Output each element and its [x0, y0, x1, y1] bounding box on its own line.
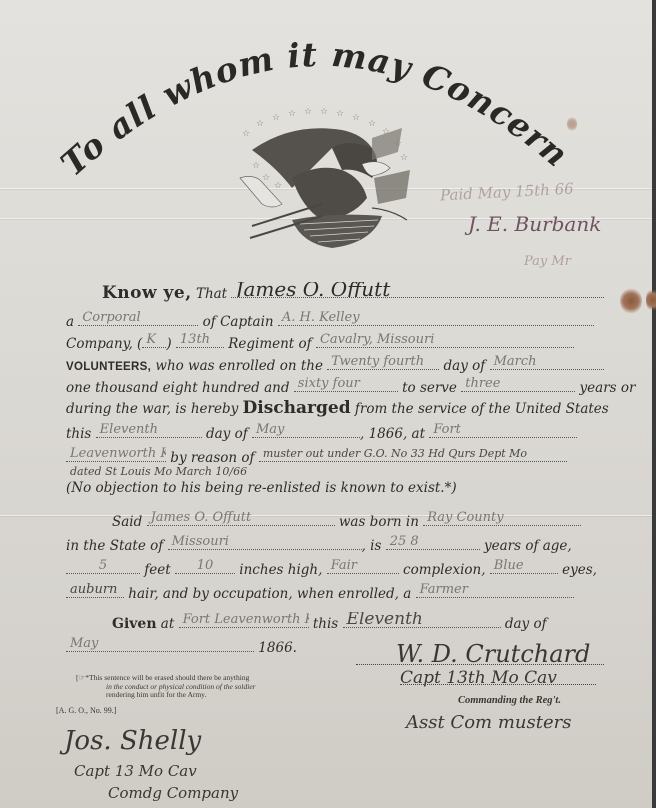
day-of-label-2: day of	[206, 426, 248, 442]
given-this-label: this	[313, 616, 338, 632]
regiment-name-field: Cavalry, Missouri	[316, 332, 574, 348]
regiment-number-field: 13th	[176, 332, 224, 348]
discharge-certificate: To all whom it may Concern: ☆☆☆ ☆☆☆ ☆☆☆ …	[0, 0, 656, 808]
hair-label: hair, and by occupation, when enrolled, …	[128, 586, 411, 602]
erasure-footnote: [☞*This sentence will be erased should t…	[76, 674, 256, 700]
birth-county-field: Ray County	[423, 510, 581, 526]
given-year-line: May 1866.	[66, 636, 297, 656]
given-place-field: Fort Leavenworth Ks	[179, 612, 309, 628]
know-ye-line: Know ye, That James O. Offutt	[102, 282, 604, 303]
company-label: Company, (	[66, 336, 142, 352]
stain-mark	[646, 288, 656, 312]
given-month-field: May	[66, 636, 254, 652]
footnote-line-1: *This sentence will be erased should the…	[85, 673, 249, 682]
discharge-place-field: Fort	[429, 422, 577, 438]
svg-text:☆: ☆	[256, 119, 264, 129]
company-commander-signature: Jos. Shelly	[64, 726, 201, 756]
year-prefix-label: one thousand eight hundred and	[66, 380, 290, 396]
paymaster-signature: J. E. Burbank	[468, 212, 601, 236]
enrolled-on-label: who was enrolled on the	[155, 358, 323, 374]
commander-note: Asst Com musters	[406, 712, 571, 733]
complexion-label: complexion,	[403, 562, 485, 578]
enroll-year-line: one thousand eight hundred and sixty fou…	[66, 376, 635, 396]
is-label: , is	[362, 538, 382, 554]
svg-text:☆: ☆	[274, 181, 282, 191]
svg-text:☆: ☆	[262, 173, 270, 183]
eagle-emblem-icon: ☆☆☆ ☆☆☆ ☆☆☆ ☆☆☆ ☆☆☆	[222, 108, 422, 258]
enroll-year-field: sixty four	[294, 376, 398, 392]
svg-text:☆: ☆	[252, 161, 260, 171]
paymaster-title: Pay Mr	[524, 254, 571, 269]
svg-text:☆: ☆	[242, 129, 250, 139]
born-in-label: was born in	[339, 514, 419, 530]
feet-label: feet	[144, 562, 170, 578]
eyes-label: eyes,	[562, 562, 597, 578]
know-ye-label: Know ye,	[102, 283, 192, 303]
state-of-label: in the State of	[66, 538, 163, 554]
term-years-field: three	[461, 376, 575, 392]
svg-text:☆: ☆	[320, 108, 328, 117]
rank-field: Corporal	[78, 310, 198, 326]
svg-text:☆: ☆	[336, 109, 344, 119]
commander-title: Capt 13th Mo Cav	[400, 668, 557, 688]
reason-line: Leavenworth Ks by reason of muster out u…	[66, 446, 567, 466]
age-field: 25 8	[386, 534, 480, 550]
hair-field: auburn	[66, 582, 124, 598]
discharged-line: during the war, is hereby Discharged fro…	[66, 398, 609, 418]
discharge-date-line: this Eleventh day of May, 1866, at Fort	[66, 422, 577, 442]
discharge-year: , 1866	[360, 426, 403, 442]
occupation-field: Farmer	[416, 582, 574, 598]
enroll-day-field: Twenty fourth	[327, 354, 439, 370]
years-of-age-label: years of age,	[484, 538, 572, 554]
discharged-label: Discharged	[243, 398, 351, 418]
eyes-field: Blue	[490, 558, 558, 574]
reason-cont-field: dated St Louis Mo March 10/66	[66, 464, 274, 479]
inches-high-label: inches high,	[239, 562, 322, 578]
signature-line	[356, 664, 604, 665]
given-at-label: at	[161, 616, 174, 632]
said-name-field: James O. Offutt	[147, 510, 335, 526]
at-label: , at	[403, 426, 425, 442]
form-number: [A. G. O., No. 99.]	[56, 706, 116, 715]
pointing-hand-icon: [☞	[76, 673, 85, 682]
pay-note-line: Paid May 15th 66	[440, 180, 574, 205]
no-objection-text: (No objection to his being re-enlisted i…	[66, 480, 457, 496]
company-line: Company, (K) 13th Regiment of Cavalry, M…	[66, 332, 574, 352]
given-year: 1866.	[258, 640, 297, 656]
a-label: a	[66, 314, 74, 330]
svg-text:☆: ☆	[400, 153, 408, 163]
during-war-label: during the war, is hereby	[66, 401, 238, 417]
that-label: That	[196, 286, 227, 302]
soldier-name-field: James O. Offutt	[231, 282, 604, 298]
from-service-label: from the service of the United States	[355, 401, 609, 417]
state-line: in the State of Missouri, is 25 8 years …	[66, 534, 572, 554]
given-day-field: Eleventh	[343, 612, 501, 628]
given-label: Given	[112, 616, 157, 632]
said-label: Said	[112, 514, 142, 530]
of-captain-label: of Captain	[203, 314, 274, 330]
complexion-field: Fair	[327, 558, 399, 574]
title-line	[400, 684, 596, 685]
day-of-label: day of	[444, 358, 486, 374]
enrolled-line: VOLUNTEERS, who was enrolled on the Twen…	[66, 354, 604, 374]
commanding-label: Commanding the Reg't.	[458, 695, 561, 706]
regiment-of-label: Regiment of	[228, 336, 311, 352]
svg-text:☆: ☆	[304, 108, 312, 117]
enroll-month-field: March	[490, 354, 604, 370]
volunteers-label: VOLUNTEERS,	[66, 361, 151, 373]
company-commander-title: Capt 13 Mo Cav	[74, 762, 197, 780]
to-serve-label: to serve	[402, 380, 457, 396]
this-label: this	[66, 426, 91, 442]
birth-state-field: Missouri	[168, 534, 362, 550]
height-feet-field: 5	[66, 558, 140, 574]
given-line: Given at Fort Leavenworth Ks this Eleven…	[112, 612, 547, 632]
discharge-place-cont-field: Leavenworth Ks	[66, 446, 166, 462]
svg-text:☆: ☆	[272, 113, 280, 123]
svg-text:☆: ☆	[368, 119, 376, 129]
physical-line: 5 feet 10 inches high, Fair complexion, …	[66, 558, 597, 578]
rank-line: a Corporal of Captain A. H. Kelley	[66, 310, 594, 330]
company-commander-note: Comdg Company	[108, 784, 238, 802]
years-or-label: years or	[580, 380, 636, 396]
svg-text:☆: ☆	[288, 109, 296, 119]
company-close: )	[166, 336, 171, 352]
discharge-month-field: May	[252, 422, 360, 438]
svg-text:☆: ☆	[352, 113, 360, 123]
height-inches-field: 10	[175, 558, 235, 574]
birth-line: Said James O. Offutt was born in Ray Cou…	[112, 510, 581, 530]
discharge-day-field: Eleventh	[96, 422, 202, 438]
no-objection-line: (No objection to his being re-enlisted i…	[66, 480, 457, 496]
company-letter-field: K	[142, 332, 166, 348]
occupation-line: auburn hair, and by occupation, when enr…	[66, 582, 574, 602]
reason-field: muster out under G.O. No 33 Hd Qurs Dept…	[259, 446, 567, 462]
given-day-of-label: day of	[505, 616, 547, 632]
captain-name-field: A. H. Kelley	[278, 310, 594, 326]
stain-mark	[620, 288, 642, 314]
footnote-line-3: rendering him unfit for the Army.	[76, 691, 256, 700]
